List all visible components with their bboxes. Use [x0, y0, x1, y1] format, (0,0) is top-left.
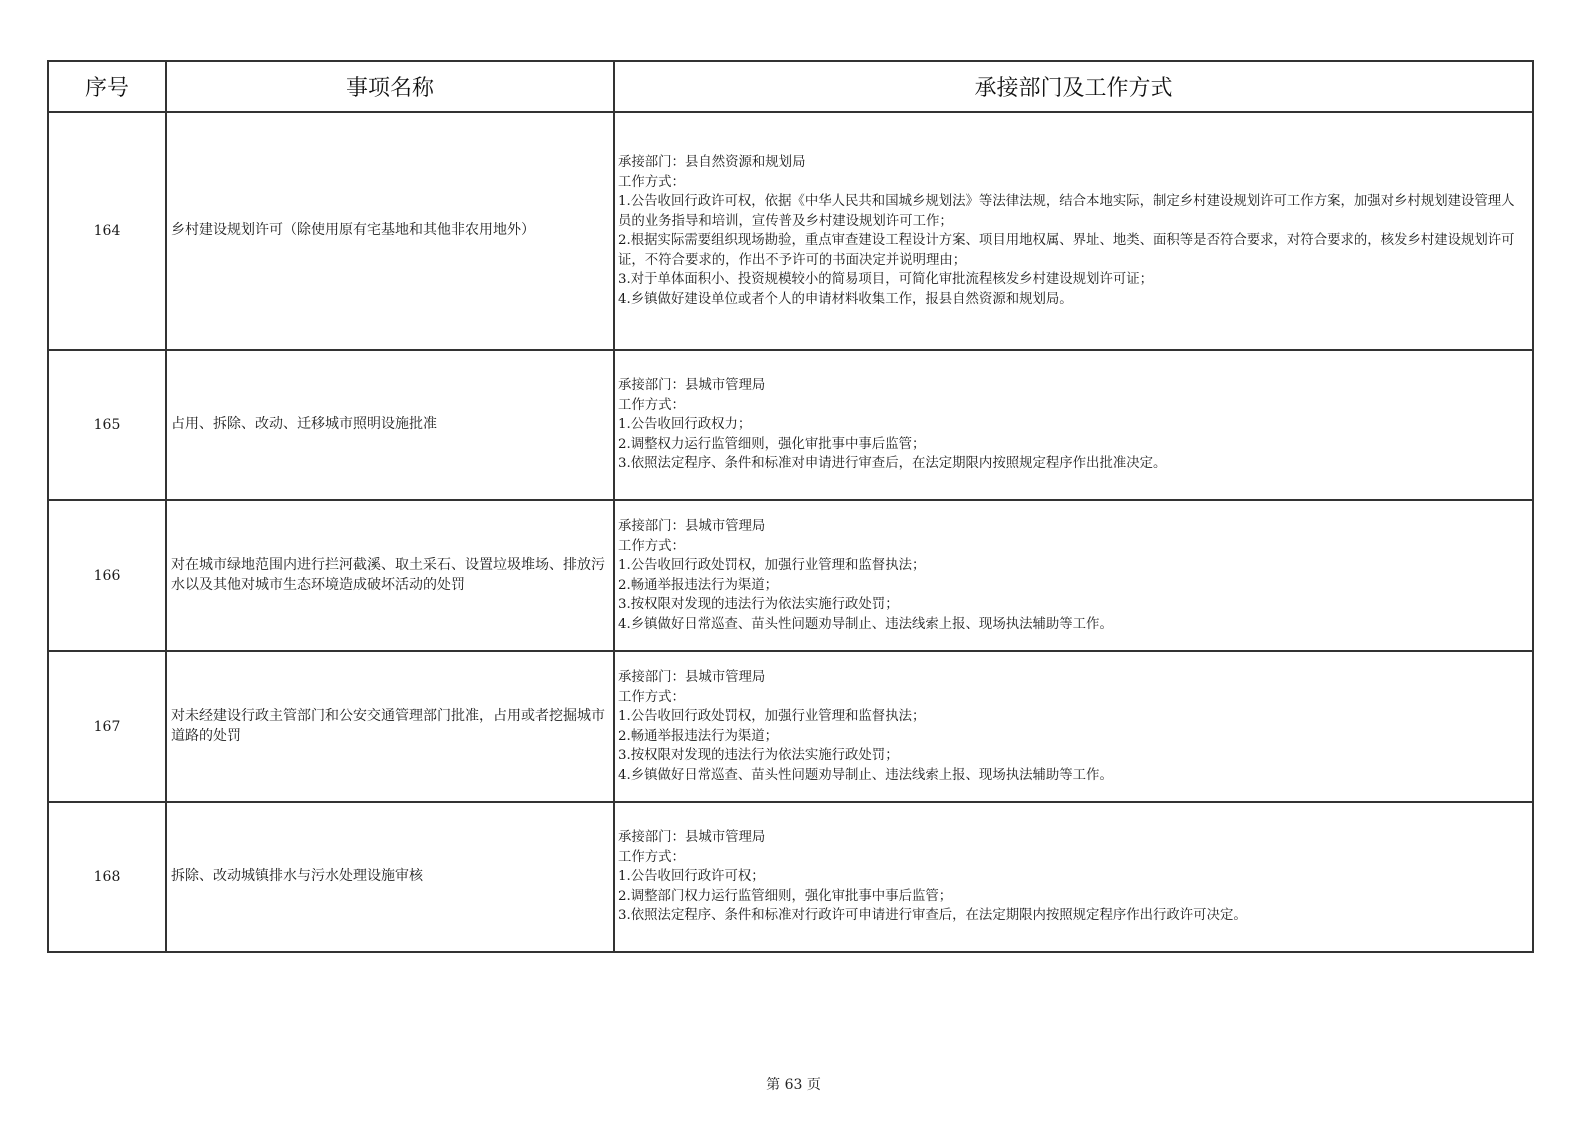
department: 承接部门：县城市管理局	[618, 376, 1526, 396]
method-item: 3.依照法定程序、条件和标准对申请进行审查后，在法定期限内按照规定程序作出批准决…	[618, 454, 1526, 474]
department-method-cell: 承接部门：县城市管理局 工作方式： 1.公告收回行政处罚权，加强行业管理和监督执…	[614, 500, 1533, 651]
method-item: 1.公告收回行政处罚权，加强行业管理和监督执法；	[618, 707, 1526, 727]
serial-number: 167	[48, 651, 166, 802]
method-label: 工作方式：	[618, 848, 1526, 868]
method-item: 3.依照法定程序、条件和标准对行政许可申请进行审查后，在法定期限内按照规定程序作…	[618, 906, 1526, 926]
department: 承接部门：县城市管理局	[618, 828, 1526, 848]
method-item: 1.公告收回行政许可权，依据《中华人民共和国城乡规划法》等法律法规，结合本地实际…	[618, 192, 1526, 231]
method-item: 2.畅通举报违法行为渠道；	[618, 576, 1526, 596]
method-label: 工作方式：	[618, 173, 1526, 193]
department-method-cell: 承接部门：县自然资源和规划局 工作方式： 1.公告收回行政许可权，依据《中华人民…	[614, 112, 1533, 350]
method-item: 1.公告收回行政权力；	[618, 415, 1526, 435]
method-item: 2.调整部门权力运行监管细则，强化审批事中事后监管；	[618, 887, 1526, 907]
method-item: 3.按权限对发现的违法行为依法实施行政处罚；	[618, 746, 1526, 766]
header-item-name: 事项名称	[166, 61, 614, 112]
department: 承接部门：县自然资源和规划局	[618, 153, 1526, 173]
table-row: 168 拆除、改动城镇排水与污水处理设施审核 承接部门：县城市管理局 工作方式：…	[48, 802, 1533, 952]
method-label: 工作方式：	[618, 537, 1526, 557]
item-name: 拆除、改动城镇排水与污水处理设施审核	[166, 802, 614, 952]
method-item: 2.根据实际需要组织现场勘验，重点审查建设工程设计方案、项目用地权属、界址、地类…	[618, 231, 1526, 270]
method-item: 2.畅通举报违法行为渠道；	[618, 727, 1526, 747]
table-row: 166 对在城市绿地范围内进行拦河截溪、取土采石、设置垃圾堆场、排放污水以及其他…	[48, 500, 1533, 651]
header-department-method: 承接部门及工作方式	[614, 61, 1533, 112]
table-row: 165 占用、拆除、改动、迁移城市照明设施批准 承接部门：县城市管理局 工作方式…	[48, 350, 1533, 500]
serial-number: 166	[48, 500, 166, 651]
header-serial-number: 序号	[48, 61, 166, 112]
department-method-cell: 承接部门：县城市管理局 工作方式： 1.公告收回行政权力； 2.调整权力运行监管…	[614, 350, 1533, 500]
department: 承接部门：县城市管理局	[618, 668, 1526, 688]
method-item: 3.对于单体面积小、投资规模较小的简易项目，可简化审批流程核发乡村建设规划许可证…	[618, 270, 1526, 290]
method-label: 工作方式：	[618, 688, 1526, 708]
method-item: 4.乡镇做好日常巡查、苗头性问题劝导制止、违法线索上报、现场执法辅助等工作。	[618, 615, 1526, 635]
serial-number: 164	[48, 112, 166, 350]
method-item: 1.公告收回行政许可权；	[618, 867, 1526, 887]
method-item: 2.调整权力运行监管细则，强化审批事中事后监管；	[618, 435, 1526, 455]
method-item: 1.公告收回行政处罚权，加强行业管理和监督执法；	[618, 556, 1526, 576]
items-table: 序号 事项名称 承接部门及工作方式 164 乡村建设规划许可（除使用原有宅基地和…	[47, 60, 1534, 953]
method-item: 4.乡镇做好日常巡查、苗头性问题劝导制止、违法线索上报、现场执法辅助等工作。	[618, 766, 1526, 786]
method-item: 3.按权限对发现的违法行为依法实施行政处罚；	[618, 595, 1526, 615]
table-row: 167 对未经建设行政主管部门和公安交通管理部门批准，占用或者挖掘城市道路的处罚…	[48, 651, 1533, 802]
method-label: 工作方式：	[618, 396, 1526, 416]
item-name: 对在城市绿地范围内进行拦河截溪、取土采石、设置垃圾堆场、排放污水以及其他对城市生…	[166, 500, 614, 651]
table-row: 164 乡村建设规划许可（除使用原有宅基地和其他非农用地外） 承接部门：县自然资…	[48, 112, 1533, 350]
item-name: 乡村建设规划许可（除使用原有宅基地和其他非农用地外）	[166, 112, 614, 350]
table-header-row: 序号 事项名称 承接部门及工作方式	[48, 61, 1533, 112]
department-method-cell: 承接部门：县城市管理局 工作方式： 1.公告收回行政处罚权，加强行业管理和监督执…	[614, 651, 1533, 802]
item-name: 对未经建设行政主管部门和公安交通管理部门批准，占用或者挖掘城市道路的处罚	[166, 651, 614, 802]
page-number: 第 63 页	[0, 1074, 1587, 1094]
serial-number: 165	[48, 350, 166, 500]
serial-number: 168	[48, 802, 166, 952]
method-item: 4.乡镇做好建设单位或者个人的申请材料收集工作，报县自然资源和规划局。	[618, 290, 1526, 310]
department-method-cell: 承接部门：县城市管理局 工作方式： 1.公告收回行政许可权； 2.调整部门权力运…	[614, 802, 1533, 952]
department: 承接部门：县城市管理局	[618, 517, 1526, 537]
item-name: 占用、拆除、改动、迁移城市照明设施批准	[166, 350, 614, 500]
